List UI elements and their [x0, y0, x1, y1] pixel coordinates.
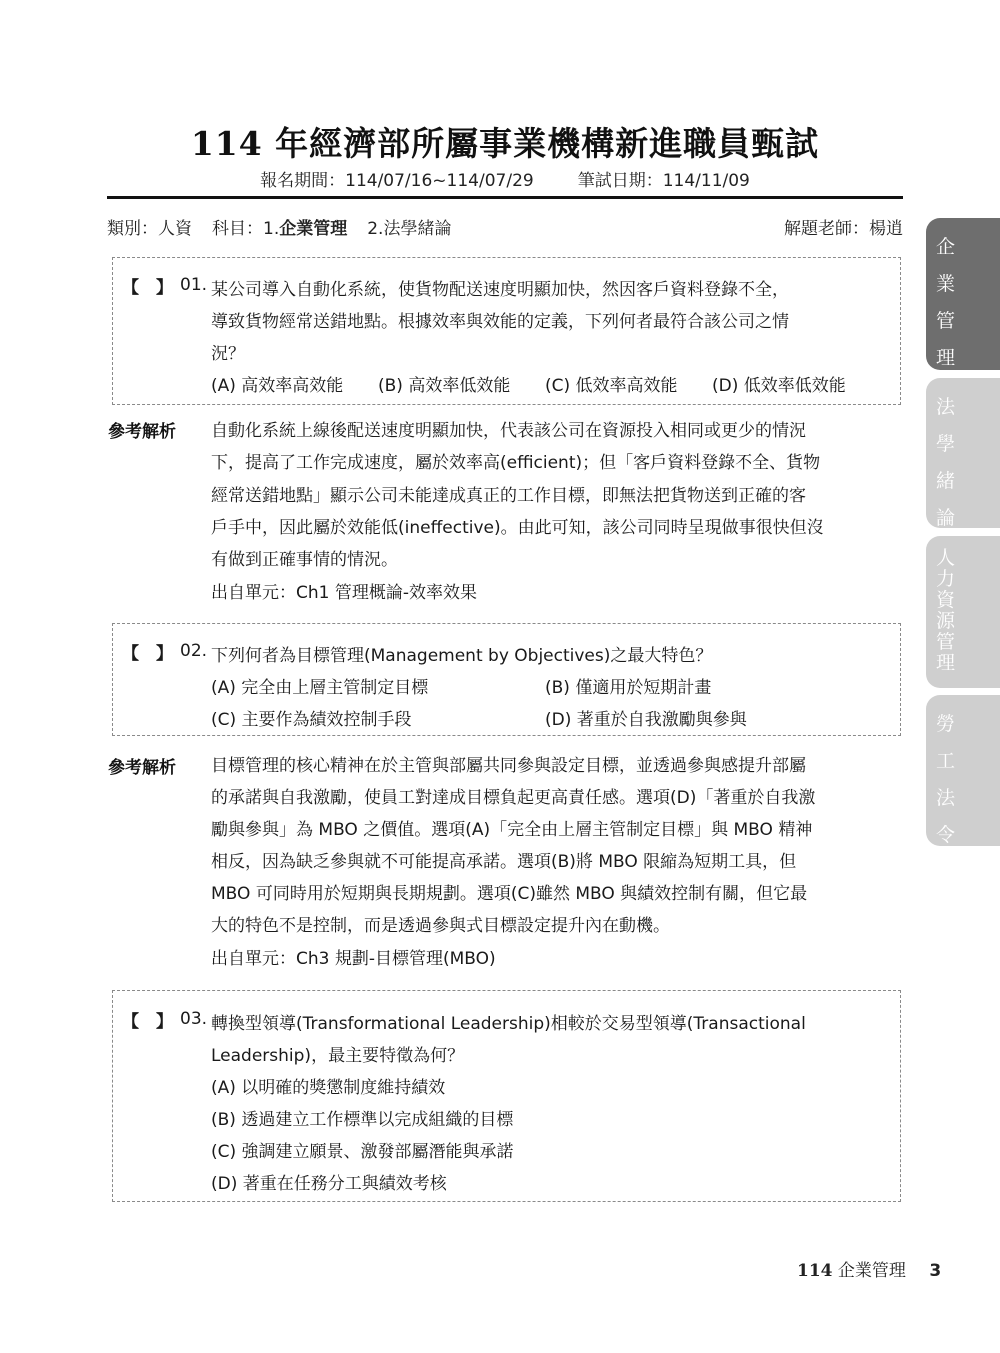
question-number: 01. [180, 275, 207, 295]
tab-char: 業 [936, 269, 955, 296]
tab-char: 法 [936, 392, 955, 419]
source-unit: 出自單元：Ch1 管理概論-效率效果 [211, 578, 477, 603]
tab-char: 學 [936, 429, 955, 456]
tab-char: 資 [936, 590, 955, 611]
question-stem: 導致貨物經常送錯地點。根據效率與效能的定義，下列何者最符合該公司之情 [211, 307, 789, 332]
option-b: (B) 高效率低效能 [378, 371, 510, 396]
side-tab-business-management[interactable]: 企 業 管 理 [926, 218, 1000, 370]
page-number: 3 [929, 1261, 941, 1281]
teacher-label: 解題老師：楊逍 [784, 214, 903, 239]
header-divider [107, 196, 903, 199]
tab-char: 源 [936, 611, 955, 632]
tab-char: 企 [936, 232, 955, 259]
question-stem: 下列何者為目標管理(Management by Objectives)之最大特色… [211, 641, 712, 666]
explanation-line: 經常送錯地點」顯示公司未能達成真正的工作目標，即無法把貨物送到正確的客 [211, 481, 806, 506]
option-c: (C) 強調建立願景、激發部屬潛能與承諾 [211, 1137, 514, 1162]
category-label: 類別：人資 [107, 219, 192, 239]
explanation-line: 有做到正確事情的情況。 [211, 545, 398, 570]
tab-char: 論 [936, 503, 955, 530]
option-d: (D) 著重在任務分工與績效考核 [211, 1169, 447, 1194]
explanation-line: 相反，因為缺乏參與就不可能提高承諾。選項(B)將 MBO 限縮為短期工具，但 [211, 847, 796, 872]
option-d: (D) 低效率低效能 [712, 371, 846, 396]
explanation-line: 自動化系統上線後配送速度明顯加快，代表該公司在資源投入相同或更少的情況 [211, 416, 806, 441]
tab-char: 勞 [936, 709, 955, 736]
subject-prefix: 科目：1. [212, 219, 279, 239]
explanation-line: 目標管理的核心精神在於主管與部屬共同參與設定目標，並透過參與感提升部屬 [211, 751, 806, 776]
option-a: (A) 完全由上層主管制定目標 [211, 673, 428, 698]
tab-char: 理 [936, 653, 955, 674]
explanation-line: 勵與參與」為 MBO 之價值。選項(A)「完全由上層主管制定目標」與 MBO 精… [211, 815, 812, 840]
tab-char: 工 [936, 746, 955, 773]
option-d: (D) 著重於自我激勵與參與 [545, 705, 747, 730]
question-number: 02. [180, 641, 207, 661]
answer-bracket: 【 】 [122, 639, 173, 664]
question-number: 03. [180, 1009, 207, 1029]
option-c: (C) 低效率高效能 [545, 371, 678, 396]
explanation-line: 的承諾與自我激勵，使員工對達成目標負起更高責任感。選項(D)「著重於自我激 [211, 783, 815, 808]
answer-explanation-label: 參考解析 [108, 417, 176, 442]
registration-period: 報名期間：114/07/16~114/07/29 [260, 171, 534, 191]
explanation-line: 大的特色不是控制，而是透過參與式目標設定提升內在動機。 [211, 911, 670, 936]
option-a: (A) 以明確的獎懲制度維持績效 [211, 1073, 445, 1098]
exam-dates: 報名期間：114/07/16~114/07/29筆試日期：114/11/09 [0, 166, 1000, 191]
side-tab-law[interactable]: 法 學 緒 論 [926, 378, 1000, 528]
question-stem: Leadership)，最主要特徵為何？ [211, 1041, 464, 1066]
question-stem: 某公司導入自動化系統，使貨物配送速度明顯加快，然因客戶資料登錄不全， [211, 275, 789, 300]
footer-subject: 企業管理 [838, 1261, 906, 1281]
answer-bracket: 【 】 [122, 273, 173, 298]
explanation-line: MBO 可同時用於短期與長期規劃。選項(C)雖然 MBO 與績效控制有關，但它最 [211, 879, 807, 904]
subject-2: 2.法學緒論 [367, 219, 451, 239]
page-footer: 114 企業管理 3 [797, 1256, 941, 1281]
tab-char: 管 [936, 632, 955, 653]
footer-year: 114 [797, 1261, 833, 1281]
answer-explanation-label: 參考解析 [108, 753, 176, 778]
tab-char: 緒 [936, 466, 955, 493]
option-c: (C) 主要作為績效控制手段 [211, 705, 412, 730]
source-unit: 出自單元：Ch3 規劃-目標管理(MBO) [211, 944, 496, 969]
explanation-line: 下，提高了工作完成速度，屬於效率高(efficient)；但「客戶資料登錄不全、… [211, 448, 820, 473]
subject-1: 企業管理 [279, 219, 347, 239]
side-tab-hr[interactable]: 人 力 資 源 管 理 [926, 536, 1000, 688]
tab-char: 理 [936, 343, 955, 370]
option-b: (B) 透過建立工作標準以完成組織的目標 [211, 1105, 513, 1130]
question-stem: 況？ [211, 339, 245, 364]
tab-char: 人 [936, 548, 955, 569]
answer-bracket: 【 】 [122, 1007, 173, 1032]
explanation-line: 戶手中，因此屬於效能低(ineffective)。由此可知，該公司同時呈現做事很… [211, 513, 824, 538]
exam-meta: 類別：人資科目：1.企業管理2.法學緒論 解題老師：楊逍 [107, 214, 903, 240]
tab-char: 法 [936, 783, 955, 810]
exam-title: 114 年經濟部所屬事業機構新進職員甄試 [0, 118, 1000, 165]
question-stem: 轉換型領導(Transformational Leadership)相較於交易型… [211, 1009, 806, 1034]
option-a: (A) 高效率高效能 [211, 371, 343, 396]
tab-char: 令 [936, 820, 955, 847]
tab-char: 力 [936, 569, 955, 590]
exam-date: 筆試日期：114/11/09 [578, 171, 750, 191]
option-b: (B) 僅適用於短期計畫 [545, 673, 711, 698]
tab-char: 管 [936, 306, 955, 333]
side-tab-labor-law[interactable]: 勞 工 法 令 [926, 695, 1000, 846]
